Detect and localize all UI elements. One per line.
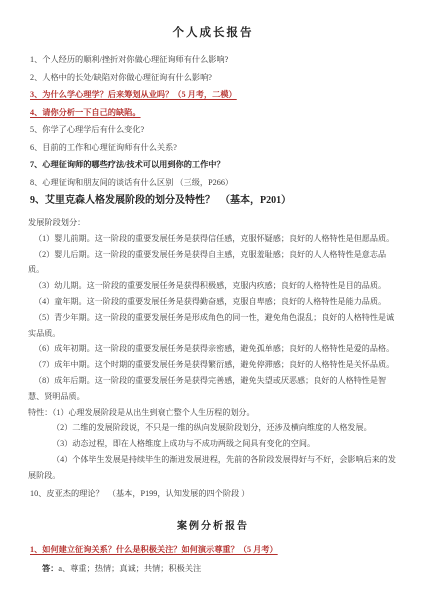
growth-question-7: 7、心理征询师的哪些疗法/技术可以用到你的工作中？ (30, 159, 398, 170)
growth-question-3-flagged: 3、为什么学心理学？后来筹划从业吗？（5 月考，二模） (30, 89, 398, 100)
trait-item-1: 特性：（1）心理发展阶段是从出生到衰亡整个人生历程的划分。 (28, 405, 398, 421)
growth-question-1: 1、个人经历的顺利/挫折对你做心理征询师有什么影响? (30, 54, 398, 65)
growth-question-10: 10、皮亚杰的理论？ （基本，P199，认知发展的四个阶段 ） (30, 486, 398, 502)
stage-item-6: （6）成年初期。这一阶段的重要发展任务是获得亲密感，避免孤单感；良好的人格特性是… (28, 341, 398, 357)
growth-question-8: 8、心理征询和朋友间的谈话有什么区别 （三级，P266） (30, 177, 398, 188)
growth-question-9: 9、艾里克森人格发展阶段的划分及特性？ （基本，P201） (30, 194, 398, 208)
growth-question-4-flagged: 4、请你分析一下自己的缺陷。 (30, 107, 398, 118)
stage-item-8: （8）成年后期。这一阶段的重要发展任务是获得完善感，避免失望或厌恶感；良好的人格… (28, 373, 398, 405)
trait-item-4: （4）个体毕生发展是持续毕生的渐进发展进程，先前的各阶段发展得好与不好，会影响后… (28, 452, 398, 484)
stage-item-3: （3）幼儿期。这一阶段的重要发展任务是获得积极感，克服内疚感；良好的人格特性是目… (28, 278, 398, 294)
stage-item-5: （5）青少年期。这一阶段的重要发展任务是形成角色的同一性，避免角色混乱；良好的人… (28, 310, 398, 342)
growth-question-2: 2、人格中的长处/缺陷对你做心理征询有什么影响? (30, 72, 398, 83)
case-answer-line: 答：a、尊重；热情；真诚；共情；积极关注 (42, 563, 398, 574)
document-page: 个人成长报告 1、个人经历的顺利/挫折对你做心理征询师有什么影响? 2、人格中的… (0, 0, 424, 600)
growth-question-6: 6、目前的工作和心理征询师有什么关系? (30, 142, 398, 153)
stages-section-label: 发展阶段划分： (28, 215, 398, 231)
trait-item-2: （2）二维的发展阶段说，不只是一维的纵向发展阶段划分，还涉及横向维度的人格发展。 (28, 420, 398, 436)
stage-item-4: （4）童年期。这一阶段的重要发展任务是获得勤奋感，克服自卑感；良好的人格特性是能… (28, 294, 398, 310)
trait-item-3: （3）动态过程，即在人格维度上成功与不成功两级之间具有变化的空间。 (28, 436, 398, 452)
stage-item-7: （7）成年中期。这个时期的重要发展任务是获得繁衍感，避免停滞感；良好的人格特性是… (28, 357, 398, 373)
growth-report-title: 个人成长报告 (28, 24, 398, 40)
answer-text: a、尊重；热情；真诚；共情；积极关注 (58, 564, 201, 573)
stage-item-2: （2）婴儿后期。这一阶段的重要发展任务是获得自主感，克服羞耻感；良好的人人格特性… (28, 247, 398, 279)
answer-label: 答： (42, 564, 58, 573)
case-question-1-flagged: 1、如何建立征询关系？什么是积极关注？如何演示尊重？（5 月考） (30, 544, 398, 555)
case-report-title: 案例分析报告 (28, 517, 398, 532)
stage-item-1: （1）婴儿前期。这一阶段的重要发展任务是获得信任感，克服怀疑感；良好的人格特性是… (28, 231, 398, 247)
growth-question-5: 5、你学了心理学后有什么变化? (30, 124, 398, 135)
